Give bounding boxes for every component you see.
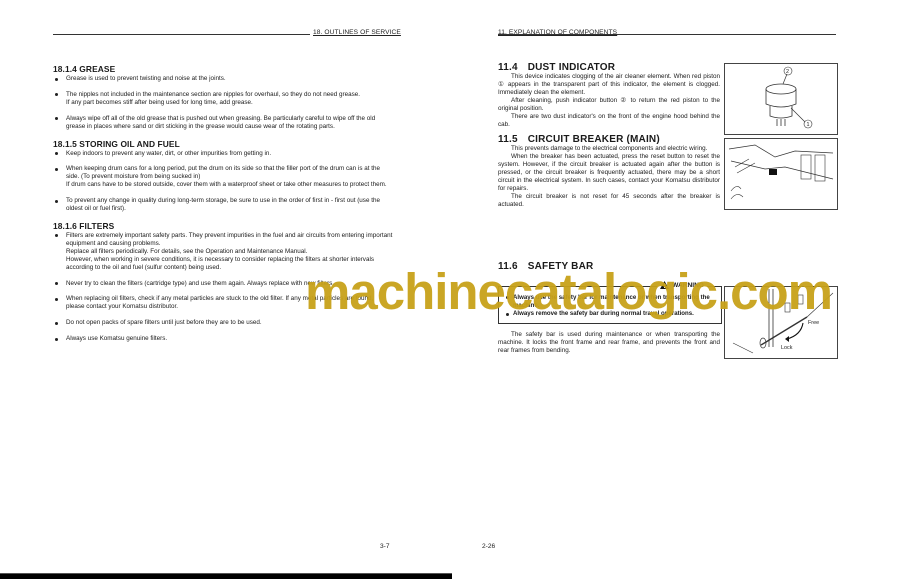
svg-text:1: 1 — [807, 122, 810, 128]
list-item: When keeping drum cans for a long period… — [53, 165, 393, 189]
paragraph: When the breaker has been actuated, pres… — [498, 153, 720, 193]
dust-indicator-illustration: 2 1 — [725, 64, 837, 134]
list-item: Grease is used to prevent twisting and n… — [53, 75, 393, 83]
header-rule — [498, 34, 836, 35]
page-number-right: 2-26 — [482, 543, 495, 550]
list-item: To prevent any change in quality during … — [53, 197, 393, 213]
scan-bar — [0, 574, 452, 579]
paragraph: The circuit breaker is not reset for 45 … — [498, 193, 720, 209]
section-heading-dust-indicator: 11.4DUST INDICATOR — [498, 62, 720, 73]
section-heading-filters: 18.1.6 FILTERS — [53, 221, 393, 231]
watermark: machinecatalogic.com — [305, 262, 832, 321]
list-item: The nipples not included in the maintena… — [53, 91, 393, 107]
section-heading-circuit-breaker: 11.5CIRCUIT BREAKER (MAIN) — [498, 134, 720, 145]
paragraph: This device indicates clogging of the ai… — [498, 73, 720, 97]
circuit-breaker-illustration — [725, 139, 837, 209]
paragraph: After cleaning, push indicator button ② … — [498, 97, 720, 113]
list-item: Always use Komatsu genuine filters. — [53, 335, 393, 343]
section-heading-grease: 18.1.4 GREASE — [53, 64, 393, 74]
paragraph: This prevents damage to the electrical c… — [498, 145, 720, 153]
paragraph: There are two dust indicator's on the fr… — [498, 113, 720, 129]
list-item: Keep indoors to prevent any water, dirt,… — [53, 150, 393, 158]
paragraph: The safety bar is used during maintenanc… — [498, 331, 720, 355]
svg-text:Lock: Lock — [781, 345, 793, 351]
running-head-left: 18. OUTLINES OF SERVICE — [313, 29, 401, 36]
list-item: Always wipe off all of the old grease th… — [53, 115, 393, 131]
dust-indicator-figure: 2 1 — [724, 63, 838, 135]
section-heading-storing-oil: 18.1.5 STORING OIL AND FUEL — [53, 139, 393, 149]
header-rule — [53, 34, 310, 35]
svg-text:2: 2 — [786, 69, 789, 75]
page-number-left: 3-7 — [380, 543, 390, 550]
circuit-breaker-figure — [724, 138, 838, 210]
